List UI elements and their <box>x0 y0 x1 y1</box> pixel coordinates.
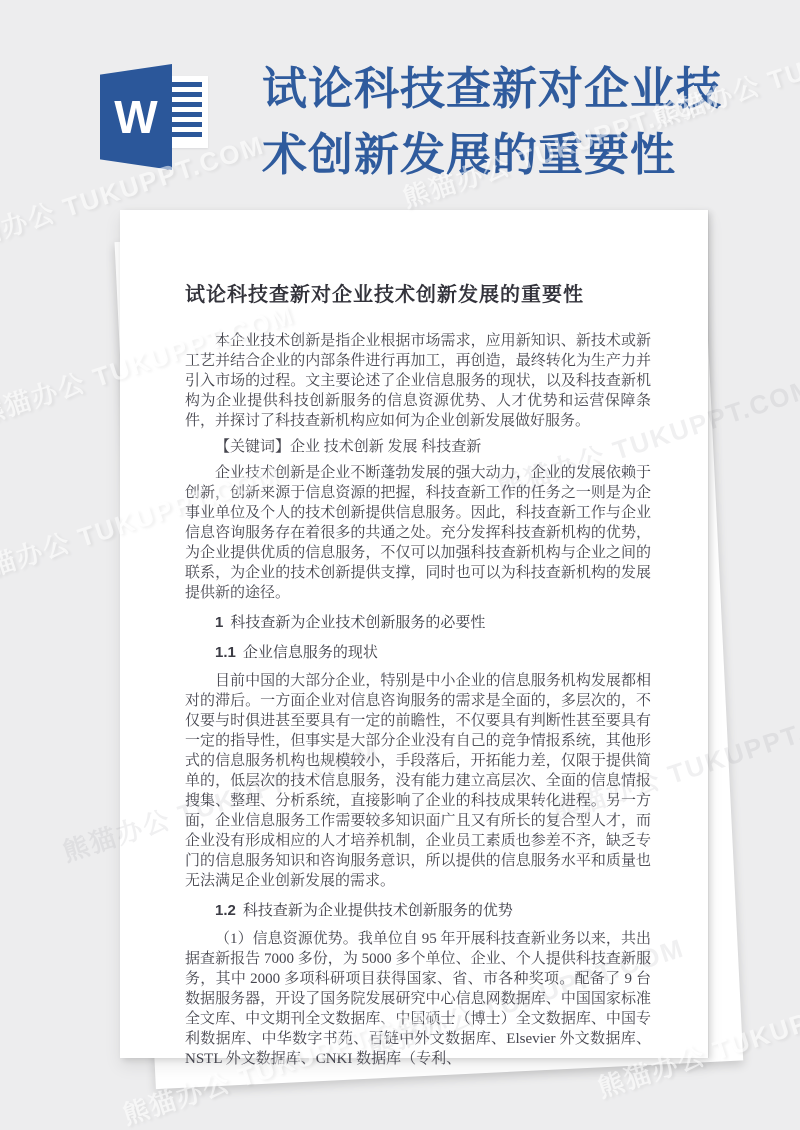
body-paragraph-1-1: 目前中国的大部分企业，特别是中小企业的信息服务机构发展都相对的滞后。一方面企业对… <box>185 671 651 891</box>
word-document-icon: W <box>100 64 212 170</box>
body-paragraph-1-2: （1）信息资源优势。我单位自 95 年开展科技查新业务以来，共出据查新报告 70… <box>185 929 651 1069</box>
section-heading-1-2: 1.2科技查新为企业提供技术创新服务的优势 <box>185 901 651 921</box>
page-header: W 试论科技查新对企业技术创新发展的重要性 <box>0 0 800 200</box>
section-heading-1-1: 1.1企业信息服务的现状 <box>185 643 651 663</box>
intro-paragraph: 企业技术创新是企业不断蓬勃发展的强大动力，企业的发展依赖于创新，创新来源于信息资… <box>185 463 651 603</box>
word-icon-letter: W <box>114 90 157 144</box>
document-title: 试论科技查新对企业技术创新发展的重要性 <box>185 285 651 305</box>
section-number: 1.1 <box>215 644 236 661</box>
paper-sheet-front: 试论科技查新对企业技术创新发展的重要性 本企业技术创新是指企业根据市场需求，应用… <box>120 210 708 1058</box>
word-icon-cover: W <box>100 64 172 170</box>
page-title: 试论科技查新对企业技术创新发展的重要性 <box>262 56 762 188</box>
section-title: 科技查新为企业技术创新服务的必要性 <box>230 615 485 631</box>
section-number: 1 <box>215 614 223 631</box>
keywords-line: 【关键词】企业 技术创新 发展 科技查新 <box>185 437 651 457</box>
section-title: 科技查新为企业提供技术创新服务的优势 <box>243 903 513 919</box>
abstract-paragraph: 本企业技术创新是指企业根据市场需求，应用新知识、新技术或新工艺并结合企业的内部条… <box>185 331 651 431</box>
section-title: 企业信息服务的现状 <box>243 645 378 661</box>
section-number: 1.2 <box>215 902 236 919</box>
section-heading-1: 1科技查新为企业技术创新服务的必要性 <box>185 613 651 633</box>
